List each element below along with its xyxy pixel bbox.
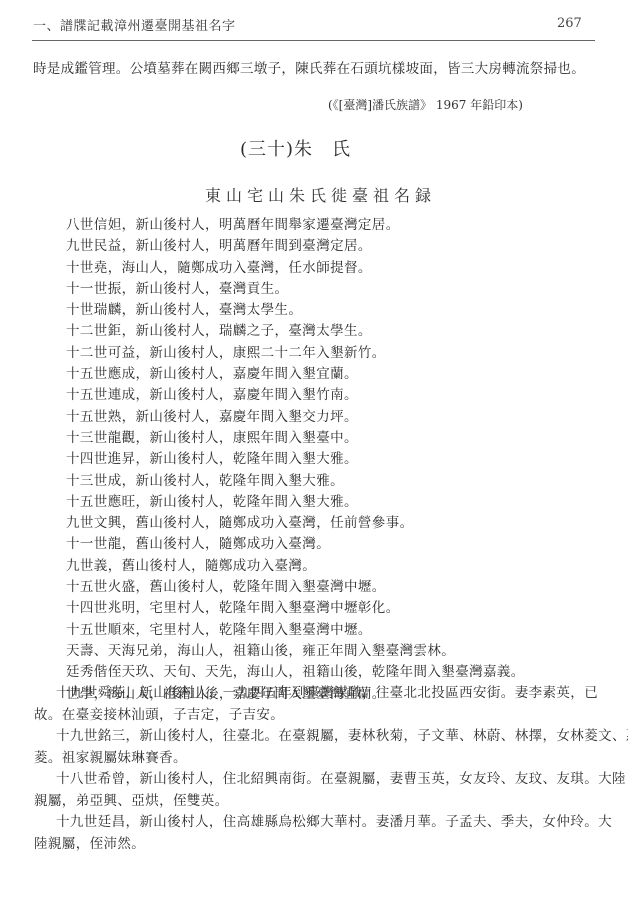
paragraph-line: 十九世銘三，新山後村人，往臺北。在臺親屬，妻林秋菊，子文華、林蔚、林擇，女林菱文… [34,726,602,748]
page-number: 267 [557,16,582,31]
list-item: 十二世可益，新山後村人，康熙二十二年入墾新竹。 [66,343,606,364]
paragraph-line: 十八世希曾，新山後村人，住北紹興南街。在臺親屬，妻曹玉英，女友玲、友玟、友琪。大… [34,769,602,791]
list-item: 十一世振，新山後村人，臺灣貢生。 [66,279,606,300]
list-item: 廷秀偕侄天玖、天旬、天先，海山人，祖籍山後，乾隆年間入墾臺灣嘉義。 [66,662,606,683]
list-item: 十五世應成，新山後村人，嘉慶年間入墾宜蘭。 [66,364,606,385]
paragraph-xizeng: 十八世希曾，新山後村人，住北紹興南街。在臺親屬，妻曹玉英，女友玲、友玟、友琪。大… [34,769,602,812]
list-item: 九世義，舊山後村人，隨鄭成功入臺灣。 [66,556,606,577]
header-rule [32,40,595,41]
list-item: 十三世龍觀，新山後村人，康熙年間入墾臺中。 [66,428,606,449]
paragraph-line: 十九世舜芬，新山後村人，一九四五年到臺灣謀職，往臺北北投區西安街。妻李素英，已 [34,683,602,705]
list-item: 十四世兆明，宅里村人，乾隆年間入墾臺灣中壢彰化。 [66,598,606,619]
paragraph-line: 十九世廷昌，新山後村人，住高雄縣烏松鄉大華村。妻潘月華。子孟夫、季夫，女仲玲。大 [34,812,602,834]
list-item: 十二世鉅，新山後村人，瑞麟之子，臺灣太學生。 [66,321,606,342]
paragraph-mingsan: 十九世銘三，新山後村人，往臺北。在臺親屬，妻林秋菊，子文華、林蔚、林擇，女林菱文… [34,726,602,769]
list-item: 十五世火盛，舊山後村人，乾隆年間入墾臺灣中壢。 [66,577,606,598]
list-item: 九世文興，舊山後村人，隨鄭成功入臺灣，任前營參事。 [66,513,606,534]
source-citation: (《[臺灣]潘氏族譜》 1967 年鉛印本) [328,96,523,113]
list-item: 十五世應旺，新山後村人，乾隆年間入墾大雅。 [66,492,606,513]
list-item: 十五世熟，新山後村人，嘉慶年間入墾交力坪。 [66,407,606,428]
list-item: 十五世順來，宅里村人，乾隆年間入墾臺灣中壢。 [66,620,606,641]
list-item: 九世民益，新山後村人，明萬曆年間到臺灣定居。 [66,236,606,257]
paragraph-line: 陸親屬，侄沛然。 [34,834,602,856]
continuation-paragraph: 時是成鑑管理。公墳墓葬在闕西鄉三墩子，陳氏葬在石頭坑樣坡面，皆三大房轉流祭掃也。 [33,57,585,77]
list-item: 十世瑞麟，新山後村人，臺灣太學生。 [66,300,606,321]
list-item: 天壽、天海兄弟，海山人，祖籍山後，雍正年間入墾臺灣雲林。 [66,641,606,662]
running-head-title: 一、譜牒記載漳州遷臺開基祖名字 [33,15,473,34]
list-item: 十四世進昇，新山後村人，乾隆年間入墾大雅。 [66,449,606,470]
paragraph-tingchang: 十九世廷昌，新山後村人，住高雄縣烏松鄉大華村。妻潘月華。子孟夫、季夫，女仲玲。大… [34,812,602,855]
book-page: 一、譜牒記載漳州遷臺開基祖名字 267 時是成鑑管理。公墳墓葬在闕西鄉三墩子，陳… [0,0,628,909]
list-title: 東山宅山朱氏徙臺祖名録 [205,183,436,206]
paragraph-line: 親屬，弟亞興、亞烘，侄雙英。 [34,791,602,813]
list-item: 十五世連成，新山後村人，嘉慶年間入墾竹南。 [66,385,606,406]
entry-list: 八世信妲，新山後村人，明萬曆年間舉家遷臺灣定居。 九世民益，新山後村人，明萬曆年… [66,215,606,705]
list-item: 十世堯，海山人，隨鄭成功入臺灣，任水師提督。 [66,258,606,279]
section-title: (三十)朱 氏 [240,135,351,161]
list-item: 十三世成，新山後村人，乾隆年間入墾大雅。 [66,471,606,492]
paragraph-shunfen: 十九世舜芬，新山後村人，一九四五年到臺灣謀職，往臺北北投區西安街。妻李素英，已 … [34,683,602,726]
paragraph-line: 菱。祖家親屬妹琳賽香。 [34,748,602,770]
list-item: 八世信妲，新山後村人，明萬曆年間舉家遷臺灣定居。 [66,215,606,236]
list-item: 十一世龍，舊山後村人，隨鄭成功入臺灣。 [66,534,606,555]
paragraph-line: 故。在臺妾接林汕頭，子吉定，子吉安。 [34,705,602,727]
